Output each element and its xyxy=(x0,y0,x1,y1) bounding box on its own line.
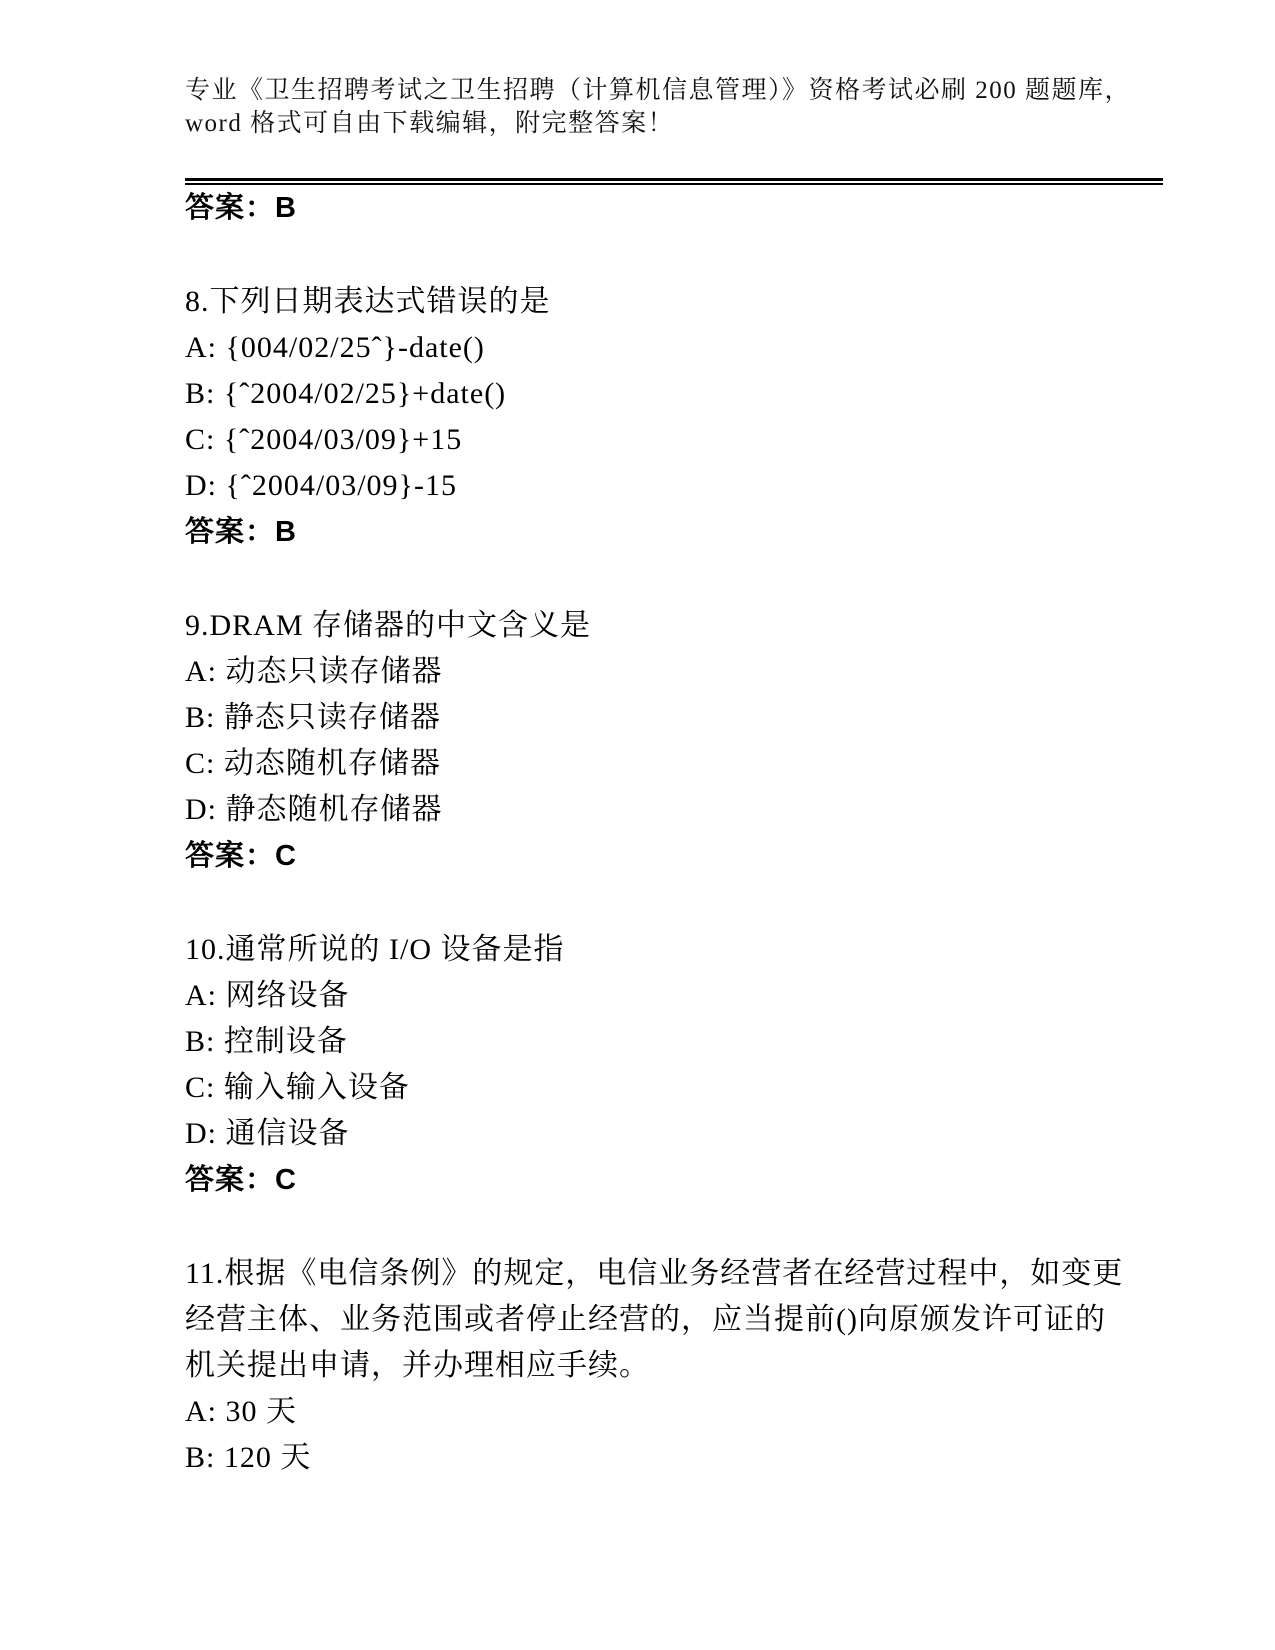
answer-line-previous-question: 答案：B xyxy=(185,185,1163,231)
question-11-title-line-1: 11.根据《电信条例》的规定，电信业务经营者在经营过程中，如变更 xyxy=(185,1251,1163,1297)
question-9: 9.DRAM 存储器的中文含义是 A: 动态只读存储器 B: 静态只读存储器 C… xyxy=(185,603,1163,879)
question-9-option-a: A: 动态只读存储器 xyxy=(185,649,1163,695)
question-8-answer: 答案：B xyxy=(185,509,1163,555)
question-8-option-d: D: {ˆ2004/03/09}-15 xyxy=(185,463,1163,509)
question-10-option-d: D: 通信设备 xyxy=(185,1111,1163,1157)
question-10-answer: 答案：C xyxy=(185,1157,1163,1203)
question-10-option-a: A: 网络设备 xyxy=(185,973,1163,1019)
question-8: 8.下列日期表达式错误的是 A: {004/02/25ˆ}-date() B: … xyxy=(185,279,1163,555)
header-divider-rule xyxy=(185,178,1163,185)
question-8-option-b: B: {ˆ2004/02/25}+date() xyxy=(185,371,1163,417)
question-9-option-b: B: 静态只读存储器 xyxy=(185,695,1163,741)
question-10-title: 10.通常所说的 I/O 设备是指 xyxy=(185,927,1163,973)
question-11-title-line-3: 机关提出申请，并办理相应手续。 xyxy=(185,1343,1163,1389)
doc-header: 专业《卫生招聘考试之卫生招聘（计算机信息管理）》资格考试必刷 200 题题库， … xyxy=(185,0,1163,140)
question-9-option-c: C: 动态随机存储器 xyxy=(185,741,1163,787)
question-8-title: 8.下列日期表达式错误的是 xyxy=(185,279,1163,325)
question-9-title: 9.DRAM 存储器的中文含义是 xyxy=(185,603,1163,649)
question-9-answer: 答案：C xyxy=(185,833,1163,879)
question-10: 10.通常所说的 I/O 设备是指 A: 网络设备 B: 控制设备 C: 输入输… xyxy=(185,927,1163,1203)
question-11-option-a: A: 30 天 xyxy=(185,1389,1163,1435)
question-10-option-b: B: 控制设备 xyxy=(185,1019,1163,1065)
question-11-option-b: B: 120 天 xyxy=(185,1435,1163,1481)
document-page: 专业《卫生招聘考试之卫生招聘（计算机信息管理）》资格考试必刷 200 题题库， … xyxy=(185,0,1163,1481)
question-9-option-d: D: 静态随机存储器 xyxy=(185,787,1163,833)
question-11-title-line-2: 经营主体、业务范围或者停止经营的，应当提前()向原颁发许可证的 xyxy=(185,1297,1163,1343)
question-11: 11.根据《电信条例》的规定，电信业务经营者在经营过程中，如变更 经营主体、业务… xyxy=(185,1251,1163,1481)
question-8-option-a: A: {004/02/25ˆ}-date() xyxy=(185,325,1163,371)
question-8-option-c: C: {ˆ2004/03/09}+15 xyxy=(185,417,1163,463)
header-line-1: 专业《卫生招聘考试之卫生招聘（计算机信息管理）》资格考试必刷 200 题题库， xyxy=(185,74,1163,107)
header-line-2: word 格式可自由下载编辑，附完整答案！ xyxy=(185,107,1163,140)
question-10-option-c: C: 输入输入设备 xyxy=(185,1065,1163,1111)
